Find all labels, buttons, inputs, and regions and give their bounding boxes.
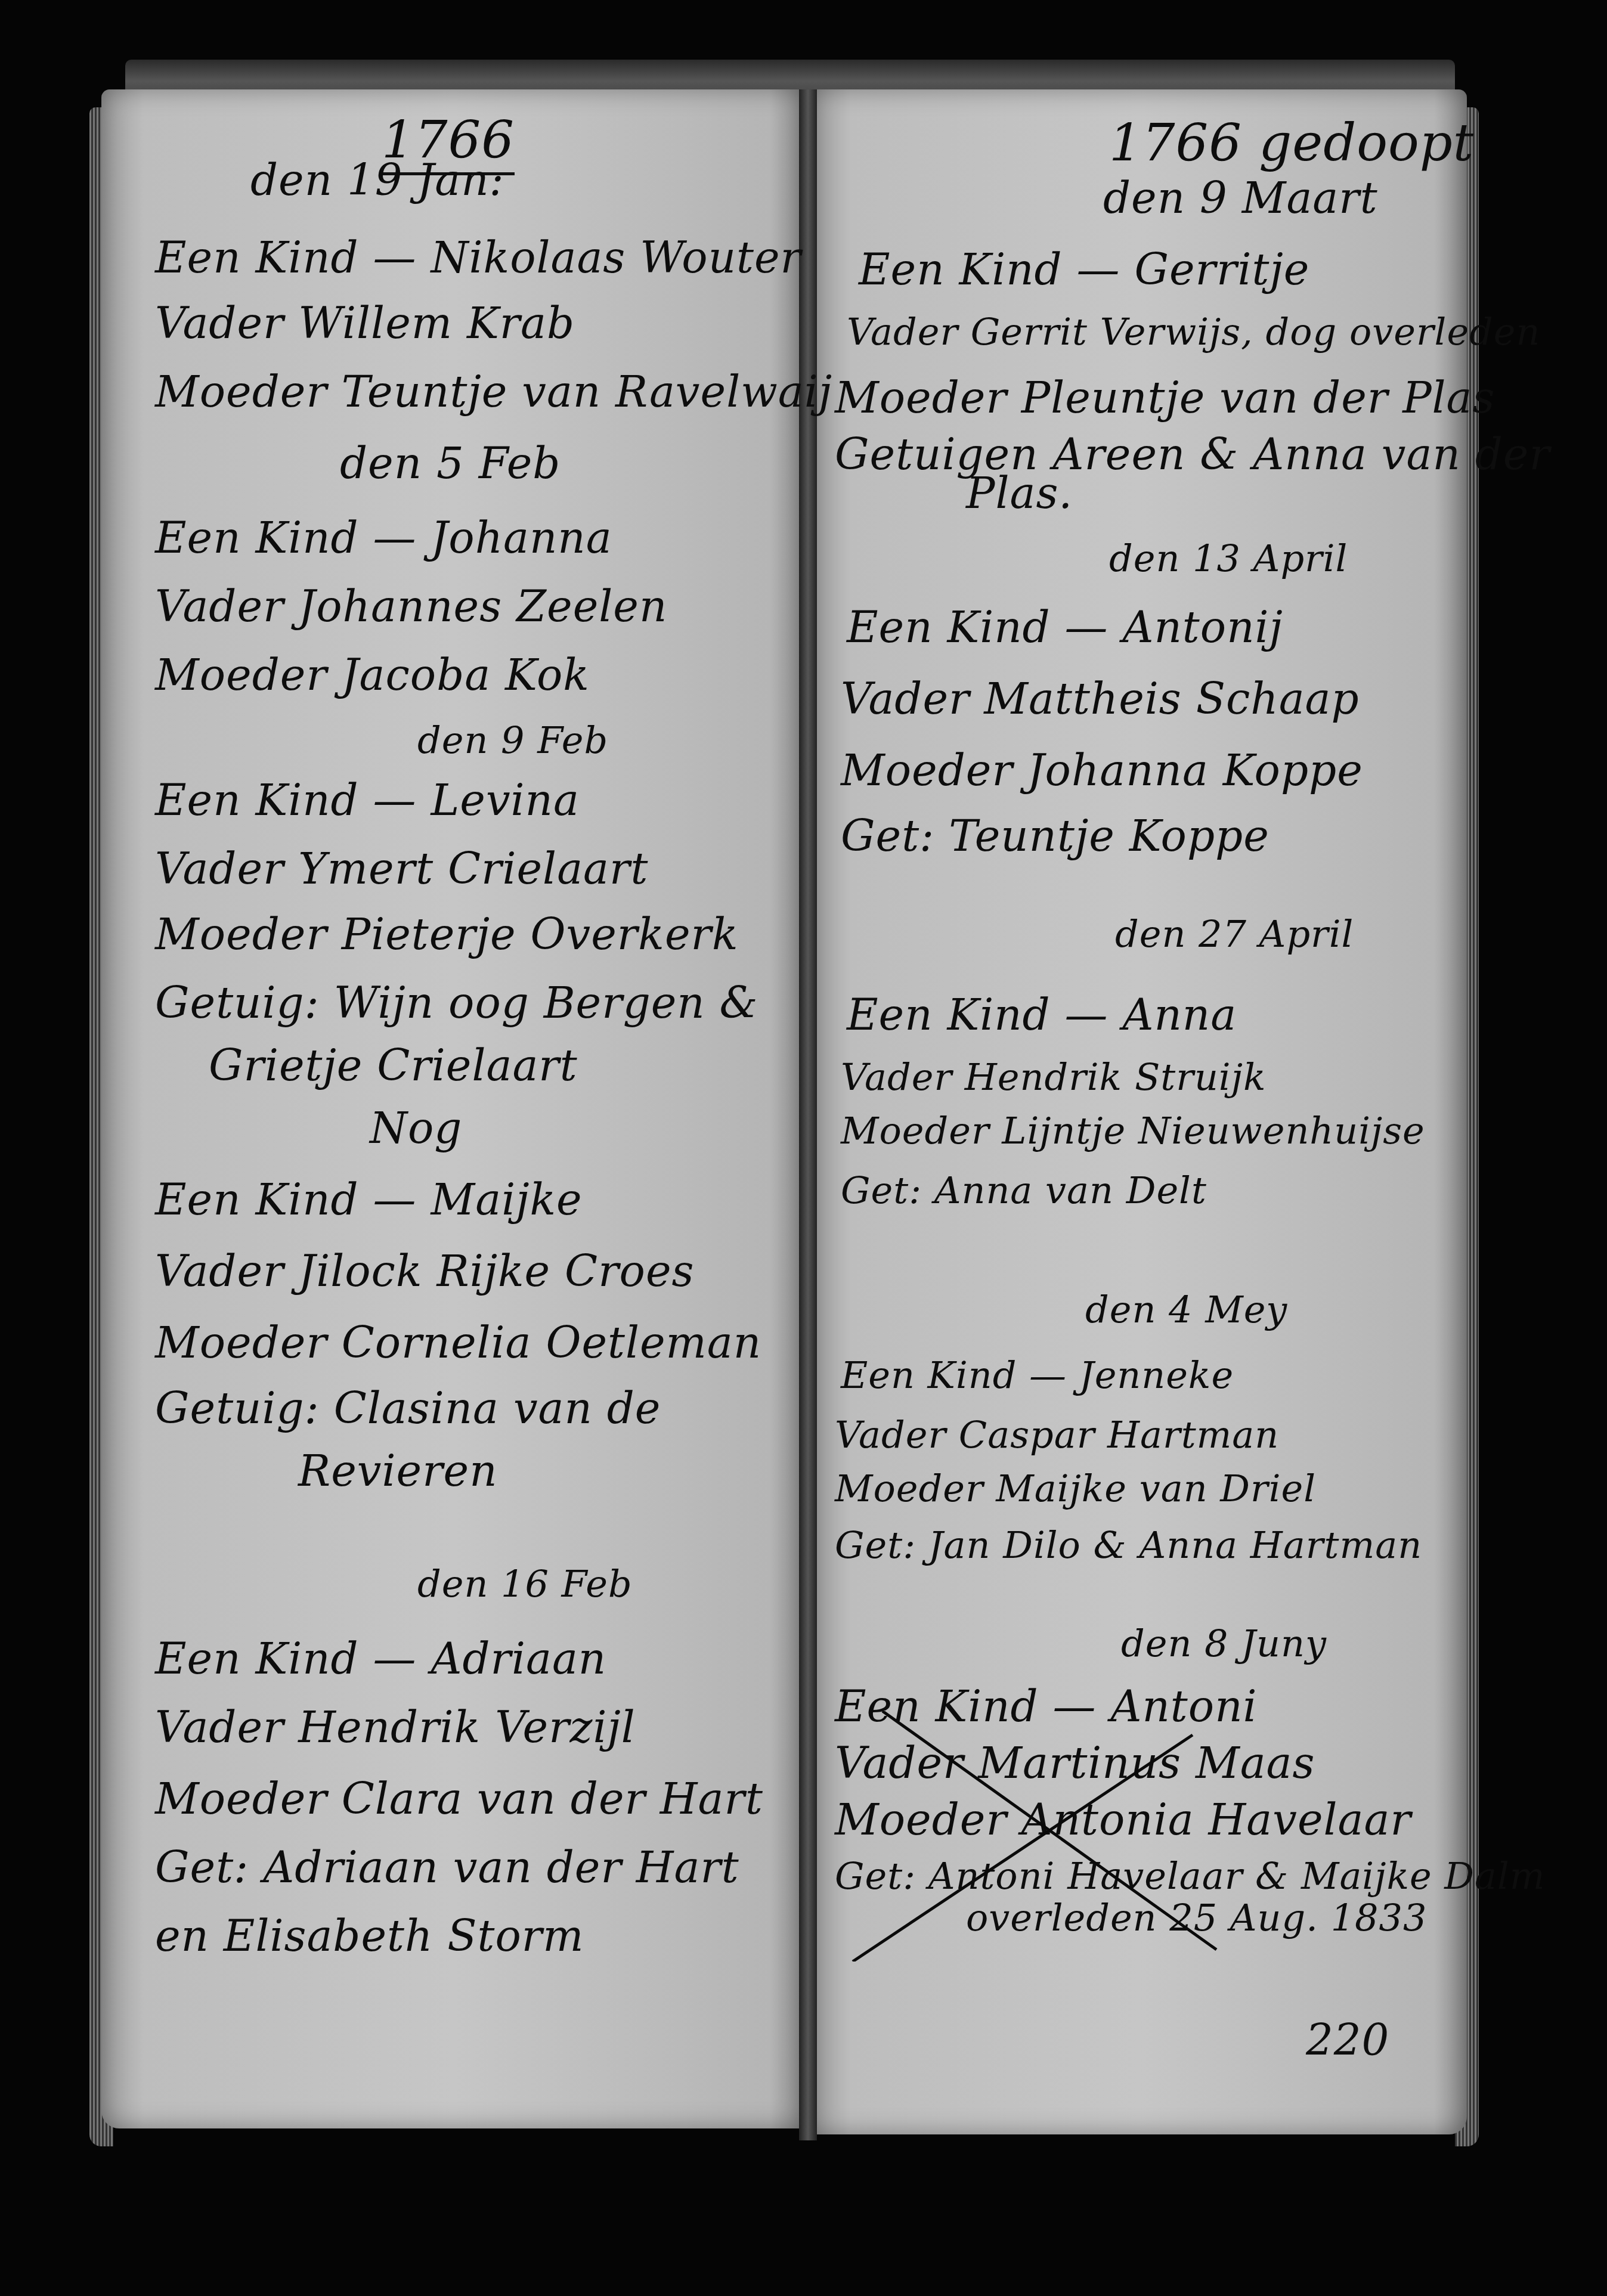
entry-mother: Moeder Pieterje Overkerk (155, 909, 739, 959)
entry-father: Vader Willem Krab (155, 298, 575, 348)
entry-father: Vader Gerrit Verwijs, dog overleden (847, 310, 1540, 354)
entry-witnesses: Get: Antoni Havelaar & Maijke Dalm (835, 1854, 1546, 1898)
entry-date: den 19 Jan: (250, 155, 504, 205)
entry-mother: Moeder Maijke van Driel (835, 1467, 1316, 1510)
entry-mother: Moeder Clara van der Hart (155, 1774, 763, 1824)
entry-child: Een Kind — Nikolaas Wouter (155, 233, 801, 283)
entry-child: Een Kind — Anna (847, 990, 1237, 1040)
right-year-heading: 1766 gedoopt (1109, 113, 1474, 173)
entry-witnesses-cont: Grietje Crielaart (209, 1040, 578, 1090)
entry-date: den 9 Feb (417, 718, 608, 762)
entry-witnesses-cont: en Elisabeth Storm (155, 1911, 584, 1961)
entry-father: Vader Johannes Zeelen (155, 581, 667, 631)
entry-date: den 5 Feb (340, 438, 561, 488)
entry-witnesses: Get: Teuntje Koppe (841, 811, 1270, 861)
entry-witnesses: Get: Jan Dilo & Anna Hartman (835, 1523, 1422, 1567)
entry-witnesses: Get: Anna van Delt (841, 1169, 1207, 1212)
entry-witnesses-cont: Plas. (966, 468, 1073, 518)
entry-father: Vader Hendrik Verzijl (155, 1702, 636, 1752)
entry-child: Een Kind — Adriaan (155, 1634, 606, 1684)
entry-child: Een Kind — Johanna (155, 513, 612, 563)
entry-mother: Moeder Teuntje van Ravelwaij (155, 367, 832, 417)
entry-child: Een Kind — Levina (155, 775, 580, 825)
entry-mother: Moeder Lijntje Nieuwenhuijse (841, 1109, 1425, 1152)
entry-child: Een Kind — Gerritje (859, 244, 1309, 295)
entry-date: den 27 April (1115, 912, 1354, 956)
entry-date: den 8 Juny (1121, 1622, 1327, 1665)
entry-date: Nog (370, 1103, 462, 1153)
entry-child: Een Kind — Antonij (847, 602, 1283, 652)
entry-father: Vader Hendrik Struijk (841, 1055, 1266, 1099)
entry-child: Een Kind — Jenneke (841, 1353, 1234, 1397)
entry-witnesses: Getuigen Areen & Anna van der (835, 429, 1550, 479)
entry-mother: Moeder Antonia Havelaar (835, 1795, 1411, 1845)
entry-child: Een Kind — Maijke (155, 1175, 583, 1225)
entry-father: Vader Mattheis Schaap (841, 674, 1360, 724)
entry-date: den 4 Mey (1085, 1288, 1287, 1331)
entry-father: Vader Jilock Rijke Croes (155, 1246, 695, 1296)
entry-mother: Moeder Pleuntje van der Plas (835, 373, 1495, 423)
entry-date: den 9 Maart (1103, 173, 1378, 223)
entry-note: overleden 25 Aug. 1833 (966, 1896, 1427, 1939)
entry-child: Een Kind — Antoni (835, 1681, 1258, 1731)
entry-mother: Moeder Jacoba Kok (155, 650, 590, 700)
entry-witnesses: Getuig: Wijn oog Bergen & (155, 978, 758, 1028)
entry-father: Vader Martinus Maas (835, 1738, 1315, 1788)
entry-witnesses: Get: Adriaan van der Hart (155, 1842, 739, 1892)
entry-father: Vader Caspar Hartman (835, 1413, 1279, 1457)
entry-witnesses-cont: Revieren (298, 1446, 498, 1496)
entry-mother: Moeder Cornelia Oetleman (155, 1318, 761, 1368)
entry-father: Vader Ymert Crielaart (155, 844, 648, 894)
entry-witnesses: Getuig: Clasina van de (155, 1383, 661, 1433)
entry-mother: Moeder Johanna Koppe (841, 745, 1363, 795)
entry-date: den 16 Feb (417, 1562, 633, 1606)
folio-number: 220 (1306, 2015, 1389, 2065)
entry-date: den 13 April (1109, 537, 1348, 580)
